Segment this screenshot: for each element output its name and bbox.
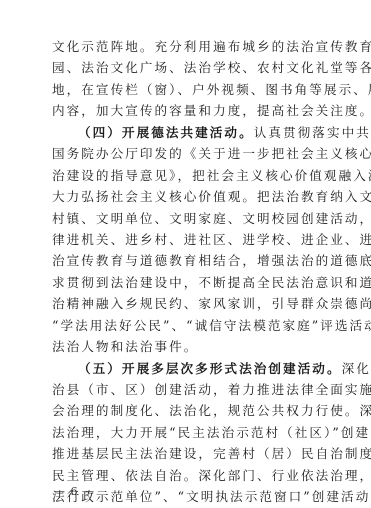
section-heading: （五）开展多层次多形式法治创建活动。	[78, 361, 342, 376]
text-line: 国务院办公厅印发的《关于进一步把社会主义核心价值观融入法	[52, 143, 344, 164]
section-heading: （四）开展德法共建活动。	[78, 125, 254, 140]
text-line: 治宣传教育与道德教育相结合，增强法治的道德底蕴。把道德要	[52, 250, 344, 271]
text-line: 推进基层民主法治建设，完善村（居）民自治制度和机制，促进	[52, 443, 344, 464]
text-line: 律进机关、进乡村、进社区、进学校、进企业、进单位。推进法	[52, 229, 344, 250]
text-line: “学法用法好公民”、“诚信守法模范家庭”评选活动，评选年度	[52, 315, 344, 336]
text-line: 法治人物和法治事件。	[52, 336, 344, 357]
text-line: 治建设的指导意见》，把社会主义核心价值观融入法治宣传教育，	[52, 165, 344, 186]
text-line: 园、法治文化广场、法治学校、农村文化礼堂等各类法治宣传阵	[52, 57, 344, 78]
text-run: 认真贯彻落实中共中央办公厅、	[254, 125, 371, 140]
section-heading-line: （四）开展德法共建活动。认真贯彻落实中共中央办公厅、	[52, 122, 344, 143]
page-number: — 6 —	[54, 485, 95, 498]
text-line: 地，在宣传栏（窗）、户外视频、图书角等展示、展播法治宣传	[52, 79, 344, 100]
document-page: 文化示范阵地。充分利用遍布城乡的法治宣传教育基地、法治公 园、法治文化广场、法治…	[0, 0, 371, 508]
text-run: 深化法治城市、法	[342, 361, 371, 376]
text-line: 法治理，大力开展“民主法治示范村（社区）”创建活动，着力	[52, 422, 344, 443]
text-line: 内容，加大宣传的容量和力度，提高社会关注度。	[52, 100, 344, 121]
text-line: 大力弘扬社会主义核心价值观。把法治教育纳入文明城市、文明	[52, 186, 344, 207]
text-line: 求贯彻到法治建设中，不断提高全民法治意识和道德自觉。把法	[52, 272, 344, 293]
text-line: 会治理的制度化、法治化，规范公共权力行使。深化基层组织依	[52, 400, 344, 421]
section-heading-line: （五）开展多层次多形式法治创建活动。深化法治城市、法	[52, 358, 344, 379]
text-line: 民主管理、依法自治。深化部门、行业依法治理，广泛开展“依	[52, 465, 344, 486]
text-line: 文化示范阵地。充分利用遍布城乡的法治宣传教育基地、法治公	[52, 36, 344, 57]
text-line: 村镇、文明单位、文明家庭、文明校园创建活动，进一步推动法	[52, 208, 344, 229]
text-line: 法行政示范单位”、“文明执法示范窗口”创建活动，着力推进依	[52, 486, 344, 507]
text-line: 治县（市、区）创建活动，着力推进法律全面实施，推进区域社	[52, 379, 344, 400]
text-line: 治精神融入乡规民约、家风家训，引导群众崇德尚法。广泛开展	[52, 293, 344, 314]
body-text: 文化示范阵地。充分利用遍布城乡的法治宣传教育基地、法治公 园、法治文化广场、法治…	[52, 36, 344, 508]
